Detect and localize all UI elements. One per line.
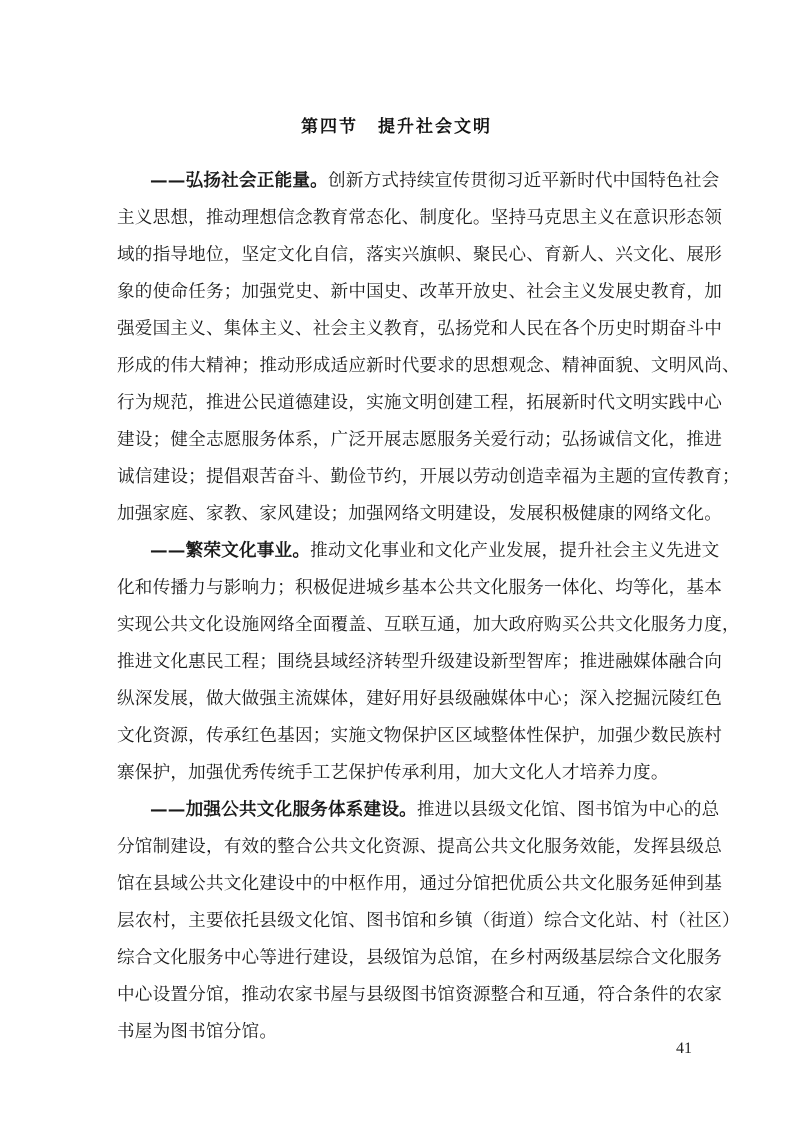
text-line: 主义思想，推动理想信念教育常态化、制度化。坚持马克思主义在意识形态领 xyxy=(117,207,698,229)
text-line: 层农村，主要依托县级文化馆、图书馆和乡镇（街道）综合文化站、村（社区） xyxy=(117,910,698,932)
text-line: 馆在县域公共文化建设中的中枢作用，通过分馆把优质公共文化服务延伸到基 xyxy=(117,873,698,895)
section-heading: 第四节提升社会文明 xyxy=(0,112,793,137)
text-line: 寨保护，加强优秀传统手工艺保护传承利用，加大文化人才培养力度。 xyxy=(117,762,698,784)
text-line: 书屋为图书馆分馆。 xyxy=(117,1021,698,1043)
text-line: 文化资源，传承红色基因；实施文物保护区区域整体性保护，加强少数民族村 xyxy=(117,725,698,747)
text-line: 综合文化服务中心等进行建设，县级馆为总馆，在乡村两级基层综合文化服务 xyxy=(117,947,698,969)
text-line: 诚信建设；提倡艰苦奋斗、勤俭节约，开展以劳动创造幸福为主题的宣传教育； xyxy=(117,466,698,488)
text-line: 建设；健全志愿服务体系，广泛开展志愿服务关爱行动；弘扬诚信文化，推进 xyxy=(117,429,698,451)
text-line: 加强家庭、家教、家风建设；加强网络文明建设，发展积极健康的网络文化。 xyxy=(117,503,698,525)
text-line: 形成的伟大精神；推动形成适应新时代要求的思想观念、精神面貌、文明风尚、 xyxy=(117,355,698,377)
document-page: 第四节提升社会文明 ——弘扬社会正能量。创新方式持续宣传贯彻习近平新时代中国特色… xyxy=(0,0,793,1122)
text-line: 象的使命任务；加强党史、新中国史、改革开放史、社会主义发展史教育，加 xyxy=(117,281,698,303)
text-line: 实现公共文化设施网络全面覆盖、互联互通，加大政府购买公共文化服务力度， xyxy=(117,614,698,636)
text-line: 化和传播力与影响力；积极促进城乡基本公共文化服务一体化、均等化，基本 xyxy=(117,577,698,599)
text-line: 分馆制建设，有效的整合公共文化资源、提高公共文化服务效能，发挥县级总 xyxy=(117,836,698,858)
paragraph-lead: ——繁荣文化事业。 xyxy=(150,540,310,561)
text-line: ——繁荣文化事业。推动文化事业和文化产业发展，提升社会主义先进文 xyxy=(150,540,698,562)
section-number: 第四节 xyxy=(301,117,358,137)
text-line: 中心设置分馆，推动农家书屋与县级图书馆资源整合和互通，符合条件的农家 xyxy=(117,984,698,1006)
text-line: 强爱国主义、集体主义、社会主义教育，弘扬党和人民在各个历史时期奋斗中 xyxy=(117,318,698,340)
paragraph-lead: ——弘扬社会正能量。 xyxy=(150,170,328,191)
section-title: 提升社会文明 xyxy=(378,117,492,137)
text-line: ——加强公共文化服务体系建设。推进以县级文化馆、图书馆为中心的总 xyxy=(150,799,698,821)
paragraph-lead: ——加强公共文化服务体系建设。 xyxy=(150,799,417,820)
text-line: 行为规范，推进公民道德建设，实施文明创建工程，拓展新时代文明实践中心 xyxy=(117,392,698,414)
text-line: 域的指导地位，坚定文化自信，落实兴旗帜、聚民心、育新人、兴文化、展形 xyxy=(117,244,698,266)
text-line: ——弘扬社会正能量。创新方式持续宣传贯彻习近平新时代中国特色社会 xyxy=(150,170,698,192)
text-line: 推进文化惠民工程；围绕县域经济转型升级建设新型智库；推进融媒体融合向 xyxy=(117,651,698,673)
page-number: 41 xyxy=(676,1040,692,1058)
text-line: 纵深发展，做大做强主流媒体，建好用好县级融媒体中心；深入挖掘沅陵红色 xyxy=(117,688,698,710)
